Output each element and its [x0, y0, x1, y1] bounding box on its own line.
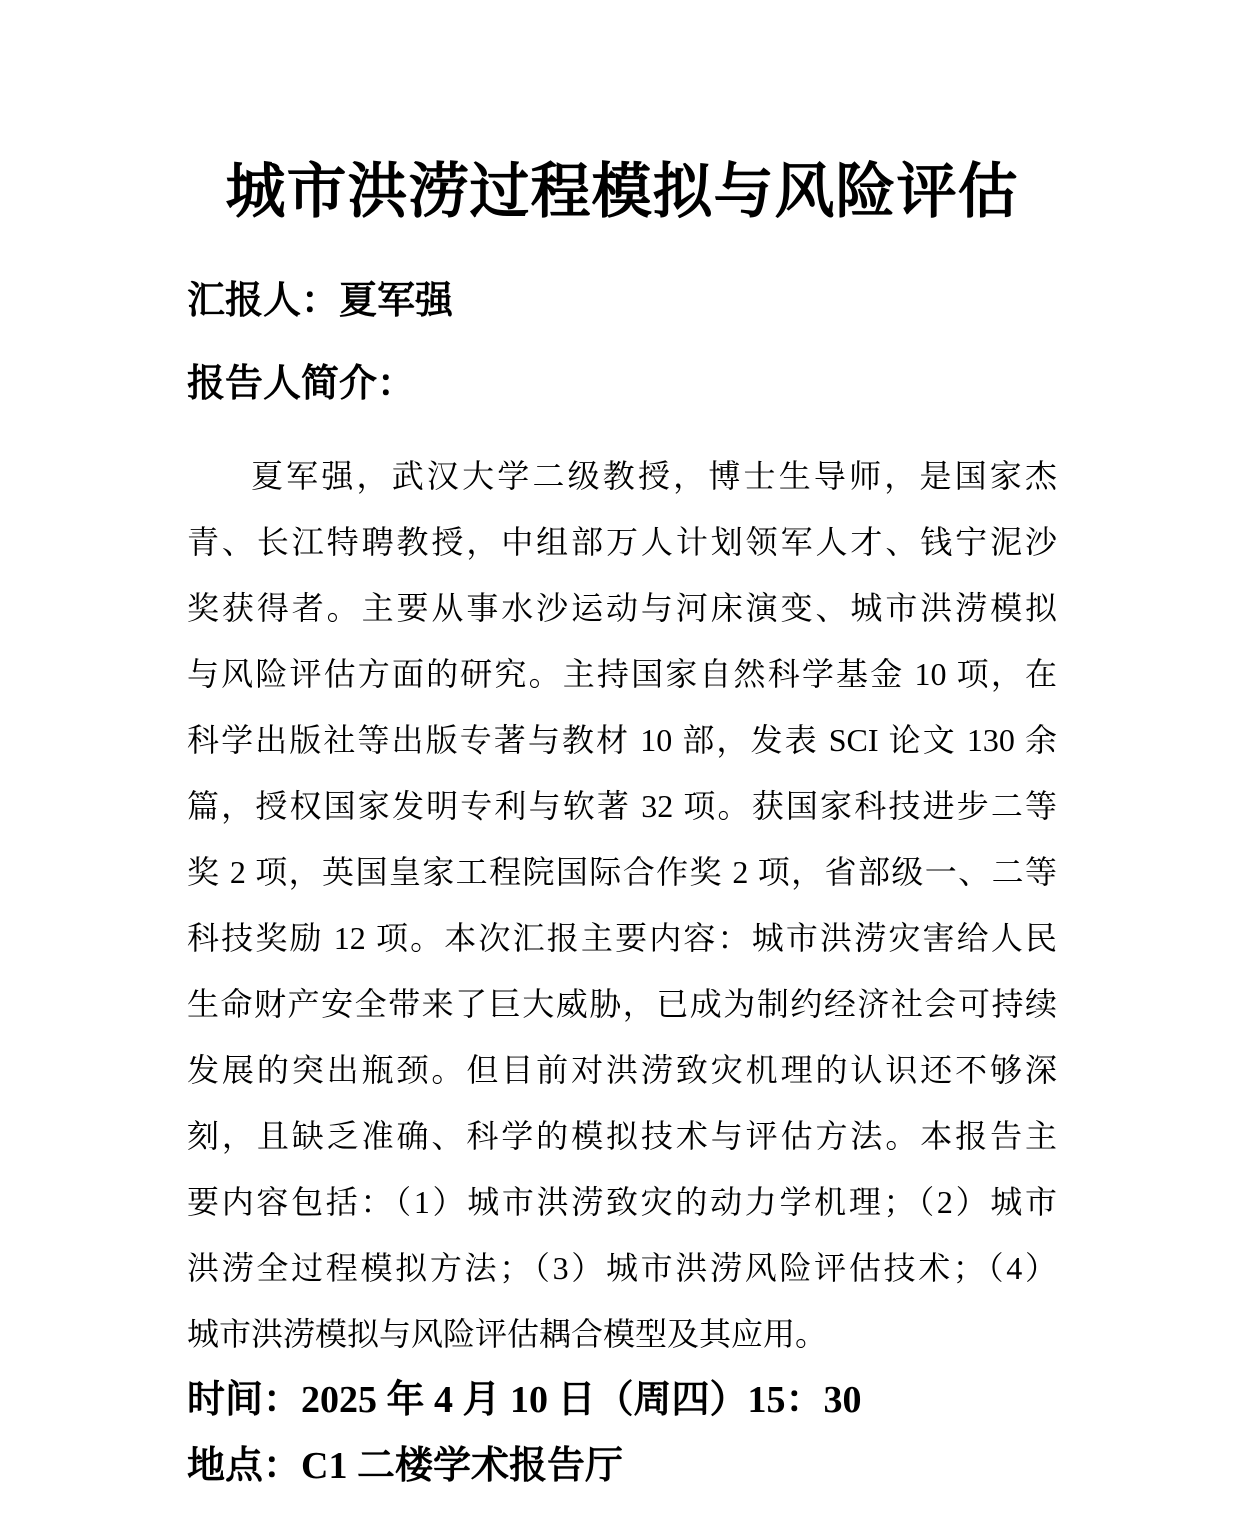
document-page: 城市洪涝过程模拟与风险评估 汇报人：夏军强 报告人简介： 夏军强，武汉大学二级教… [0, 0, 1241, 1532]
bio-line: 与风险评估方面的研究。主持国家自然科学基金 10 项，在 [187, 641, 1057, 707]
bio-line: 篇，授权国家发明专利与软著 32 项。获国家科技进步二等 [187, 773, 1057, 839]
page-title: 城市洪涝过程模拟与风险评估 [187, 150, 1057, 234]
presenter-line: 汇报人：夏军强 [187, 278, 1057, 324]
bio-line: 发展的突出瓶颈。但目前对洪涝致灾机理的认识还不够深 [187, 1037, 1057, 1103]
bio-line: 生命财产安全带来了巨大威胁，已成为制约经济社会可持续 [187, 971, 1057, 1037]
bio-line: 洪涝全过程模拟方法；（3）城市洪涝风险评估技术；（4） [187, 1235, 1057, 1301]
bio-line: 刻，且缺乏准确、科学的模拟技术与评估方法。本报告主 [187, 1103, 1057, 1169]
location-line: 地点：C1 二楼学术报告厅 [187, 1433, 1057, 1499]
time-line: 时间：2025 年 4 月 10 日（周四）15：30 [187, 1367, 1057, 1433]
bio-heading: 报告人简介： [187, 361, 1057, 407]
bio-line: 奖 2 项，英国皇家工程院国际合作奖 2 项，省部级一、二等 [187, 839, 1057, 905]
bio-line: 城市洪涝模拟与风险评估耦合模型及其应用。 [187, 1301, 1057, 1367]
bio-line: 奖获得者。主要从事水沙运动与河床演变、城市洪涝模拟 [187, 575, 1057, 641]
bio-line: 夏军强，武汉大学二级教授，博士生导师，是国家杰 [187, 443, 1057, 509]
bio-line: 科技奖励 12 项。本次汇报主要内容：城市洪涝灾害给人民 [187, 905, 1057, 971]
bio-line: 科学出版社等出版专著与教材 10 部，发表 SCI 论文 130 余 [187, 707, 1057, 773]
bio-line: 要内容包括：（1）城市洪涝致灾的动力学机理；（2）城市 [187, 1169, 1057, 1235]
bio-paragraph: 夏军强，武汉大学二级教授，博士生导师，是国家杰青、长江特聘教授，中组部万人计划领… [187, 443, 1057, 1367]
bio-line: 青、长江特聘教授，中组部万人计划领军人才、钱宁泥沙 [187, 509, 1057, 575]
